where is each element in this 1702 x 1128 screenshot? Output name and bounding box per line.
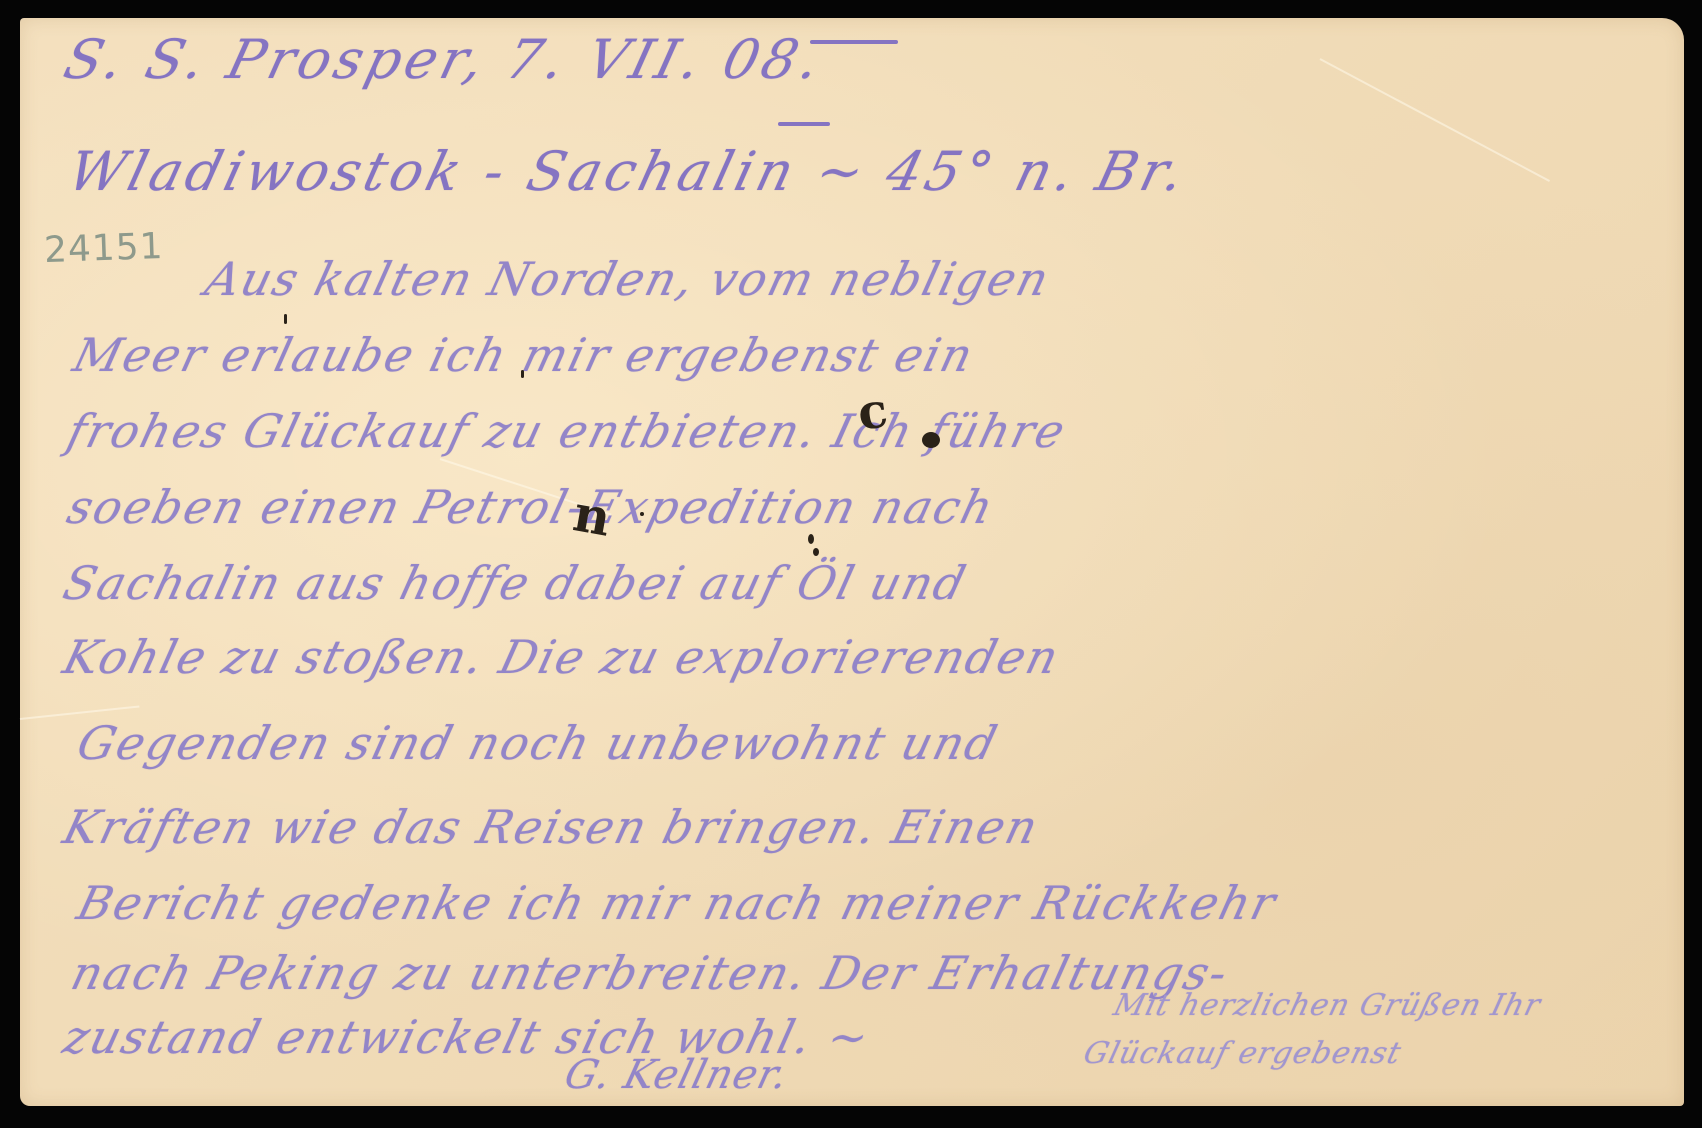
ink-speck [284,314,287,324]
ink-blot [922,432,940,448]
body-line: Gegenden sind noch unbewohnt und [72,716,1004,770]
body-line: Kohle zu stoßen. Die zu explorierenden [58,630,1066,684]
ink-speck [640,512,644,516]
postscript-line: Mit herzlichen Grüßen Ihr [1110,988,1545,1023]
postscript-line: Glückauf ergebenst [1080,1036,1405,1071]
body-line: Kräften wie das Reisen bringen. Einen [58,800,1045,854]
body-line: Bericht gedenke ich mir nach meiner Rück… [72,876,1283,930]
body-line: Meer erlaube ich mir ergebenst ein [68,328,980,382]
header-route: Wladiwostok - Sachalin ~ 45° n. Br. [62,140,1194,203]
paper-crease [1320,58,1551,182]
body-line: frohes Glückauf zu entbieten. Ich führe [62,404,1072,458]
archive-number: 24151 [43,226,164,271]
body-line: Sachalin aus hoffe dabei auf Öl und [58,556,973,610]
ink-speck [808,534,814,544]
roman-month-overline [810,40,898,44]
signature: G. Kellner. [560,1052,793,1098]
ink-speck [813,548,819,556]
body-line: soeben einen Petrol-Expedition nach [62,480,1000,534]
body-line: Aus kalten Norden, vom nebligen [200,252,1056,306]
body-line: nach Peking zu unterbreiten. Der Erhaltu… [66,946,1235,1000]
ink-speck [521,370,524,378]
roman-month-underline [778,122,830,126]
header-ship-date: S. S. Prosper, 7. VII. 08. [58,28,830,91]
